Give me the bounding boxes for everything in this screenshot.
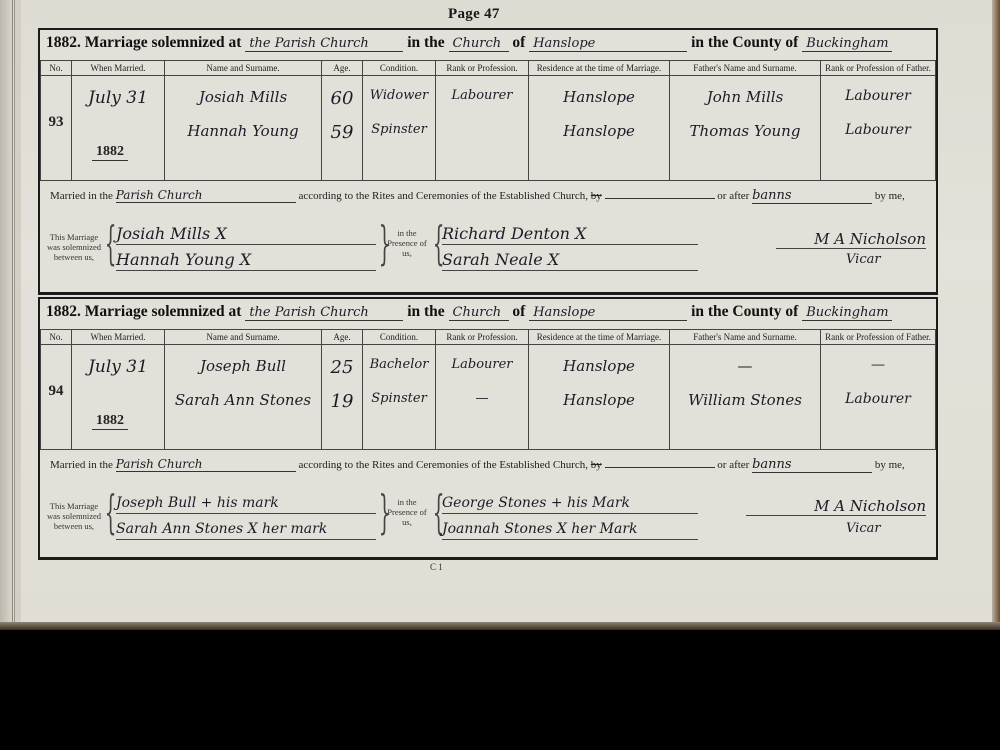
- col-condition: Condition.: [363, 330, 436, 345]
- witness-1-signature: George Stones + his Mark: [442, 493, 698, 514]
- label-by-struck: by: [591, 190, 602, 202]
- after-field: banns: [752, 188, 872, 204]
- signature-mark: C 1: [430, 562, 443, 572]
- marriage-entry-93: 1882. Marriage solemnized at the Parish …: [38, 28, 938, 295]
- col-profession: Rank or Profession.: [436, 330, 529, 345]
- bride-signature: Hannah Young X: [116, 250, 376, 271]
- bride-condition: Spinster: [363, 122, 435, 137]
- groom-signature: Josiah Mills X: [116, 224, 376, 245]
- column-headers: No. When Married. Name and Surname. Age.…: [41, 61, 936, 76]
- bride-father-profession: Labourer: [821, 391, 935, 407]
- col-profession: Rank or Profession.: [436, 61, 529, 76]
- bride-condition: Spinster: [363, 391, 435, 406]
- place-field: the Parish Church: [245, 305, 403, 321]
- groom-father-profession: Labourer: [821, 88, 935, 104]
- label-county: in the County of: [691, 303, 798, 320]
- label-of: of: [512, 34, 525, 51]
- officiant-signature: M A Nicholson: [746, 497, 926, 516]
- officiant-signature: M A Nicholson: [776, 230, 926, 249]
- married-in-field: Parish Church: [116, 457, 296, 472]
- groom-age: 60: [322, 88, 362, 109]
- binding-gutter: [14, 0, 21, 628]
- label-married-in: Married in the: [50, 459, 113, 471]
- label-solemnized: Marriage solemnized at: [85, 303, 242, 320]
- groom-father-name: John Mills: [670, 88, 820, 106]
- entry-year: 1882.: [46, 34, 81, 51]
- register-table: No. When Married. Name and Surname. Age.…: [40, 60, 936, 181]
- witness-2-signature: Joannah Stones X her Mark: [442, 519, 698, 540]
- bride-signature: Sarah Ann Stones X her mark: [116, 519, 376, 540]
- label-by-me: by me,: [875, 459, 905, 471]
- label-in-presence: in the Presence of us,: [386, 228, 428, 258]
- after-field: banns: [752, 457, 872, 473]
- officiant-title: Vicar: [846, 521, 881, 536]
- groom-father-name: —: [670, 357, 820, 375]
- groom-name: Josiah Mills: [165, 88, 321, 106]
- label-according: according to the Rites and Ceremonies of…: [298, 459, 588, 471]
- bride-age: 19: [322, 391, 362, 412]
- parish-field: Hanslope: [529, 305, 687, 321]
- bride-name: Hannah Young: [165, 122, 321, 140]
- label-solemnized-between: This Marriage was solemnized between us,: [46, 232, 102, 262]
- col-father-profession: Rank or Profession of Father.: [821, 330, 936, 345]
- county-field: Buckingham: [802, 36, 892, 52]
- place-field: the Parish Church: [245, 36, 403, 52]
- groom-condition: Bachelor: [363, 357, 435, 372]
- register-page: Page 47 1882. Marriage solemnized at the…: [0, 0, 1000, 628]
- groom-name: Joseph Bull: [165, 357, 321, 375]
- label-in-the: in the: [407, 34, 444, 51]
- label-or-after: or after: [717, 190, 749, 202]
- label-of: of: [512, 303, 525, 320]
- groom-condition: Widower: [363, 88, 435, 103]
- page-title: Page 47: [448, 6, 500, 23]
- col-when-married: When Married.: [72, 61, 165, 76]
- county-field: Buckingham: [802, 305, 892, 321]
- entry-number: 93: [41, 114, 71, 131]
- brace-left: {: [105, 220, 117, 266]
- book-bottom-edge: [0, 622, 1000, 630]
- col-no: No.: [41, 61, 72, 76]
- bride-profession: —: [436, 391, 528, 406]
- col-father-name: Father's Name and Surname.: [670, 330, 821, 345]
- witness-1-signature: Richard Denton X: [442, 224, 698, 245]
- groom-residence: Hanslope: [529, 357, 669, 375]
- col-age: Age.: [322, 61, 363, 76]
- marriage-entry-94: 1882. Marriage solemnized at the Parish …: [38, 297, 938, 560]
- col-father-name: Father's Name and Surname.: [670, 61, 821, 76]
- groom-age: 25: [322, 357, 362, 378]
- label-according: according to the Rites and Ceremonies of…: [298, 190, 588, 202]
- entry-header: 1882. Marriage solemnized at the Parish …: [46, 303, 892, 321]
- bride-father-profession: Labourer: [821, 122, 935, 138]
- officiant-title: Vicar: [846, 252, 881, 267]
- register-table: No. When Married. Name and Surname. Age.…: [40, 329, 936, 450]
- married-in-line: Married in the Parish Church according t…: [50, 457, 905, 473]
- signature-block: This Marriage was solemnized between us,…: [46, 489, 926, 553]
- entry-header: 1882. Marriage solemnized at the Parish …: [46, 34, 892, 52]
- label-by-struck: by: [591, 459, 602, 471]
- col-no: No.: [41, 330, 72, 345]
- col-name: Name and Surname.: [165, 330, 322, 345]
- label-in-presence: in the Presence of us,: [386, 497, 428, 527]
- groom-profession: Labourer: [436, 357, 528, 372]
- col-age: Age.: [322, 330, 363, 345]
- married-in-line: Married in the Parish Church according t…: [50, 188, 905, 204]
- by-field: [605, 198, 715, 199]
- col-residence: Residence at the time of Marriage.: [529, 330, 670, 345]
- col-when-married: When Married.: [72, 330, 165, 345]
- bride-name: Sarah Ann Stones: [165, 391, 321, 409]
- married-in-field: Parish Church: [116, 188, 296, 203]
- entry-year: 1882.: [46, 303, 81, 320]
- church-type-field: Church: [449, 36, 509, 52]
- marriage-date: July 31: [72, 357, 164, 377]
- left-page-edge: [0, 0, 13, 628]
- groom-profession: Labourer: [436, 88, 528, 103]
- label-by-me: by me,: [875, 190, 905, 202]
- book-cover-edge: [992, 0, 1000, 628]
- church-type-field: Church: [449, 305, 509, 321]
- col-condition: Condition.: [363, 61, 436, 76]
- bride-father-name: William Stones: [670, 391, 820, 409]
- col-residence: Residence at the time of Marriage.: [529, 61, 670, 76]
- parish-field: Hanslope: [529, 36, 687, 52]
- label-in-the: in the: [407, 303, 444, 320]
- marriage-year: 1882: [92, 413, 128, 430]
- signature-block: This Marriage was solemnized between us,…: [46, 220, 926, 284]
- brace-left: {: [105, 489, 117, 535]
- table-row: 94 July 31 1882 Joseph Bull Sarah Ann St…: [41, 345, 936, 450]
- label-or-after: or after: [717, 459, 749, 471]
- bride-residence: Hanslope: [529, 122, 669, 140]
- groom-father-profession: —: [821, 357, 935, 373]
- label-county: in the County of: [691, 34, 798, 51]
- bride-father-name: Thomas Young: [670, 122, 820, 140]
- label-solemnized-between: This Marriage was solemnized between us,: [46, 501, 102, 531]
- column-headers: No. When Married. Name and Surname. Age.…: [41, 330, 936, 345]
- marriage-date: July 31: [72, 88, 164, 108]
- groom-signature: Joseph Bull + his mark: [116, 493, 376, 514]
- bride-residence: Hanslope: [529, 391, 669, 409]
- bride-age: 59: [322, 122, 362, 143]
- groom-residence: Hanslope: [529, 88, 669, 106]
- by-field: [605, 467, 715, 468]
- col-father-profession: Rank or Profession of Father.: [821, 61, 936, 76]
- label-married-in: Married in the: [50, 190, 113, 202]
- table-row: 93 July 31 1882 Josiah Mills Hannah Youn…: [41, 76, 936, 181]
- col-name: Name and Surname.: [165, 61, 322, 76]
- label-solemnized: Marriage solemnized at: [85, 34, 242, 51]
- entry-number: 94: [41, 383, 71, 400]
- marriage-year: 1882: [92, 144, 128, 161]
- witness-2-signature: Sarah Neale X: [442, 250, 698, 271]
